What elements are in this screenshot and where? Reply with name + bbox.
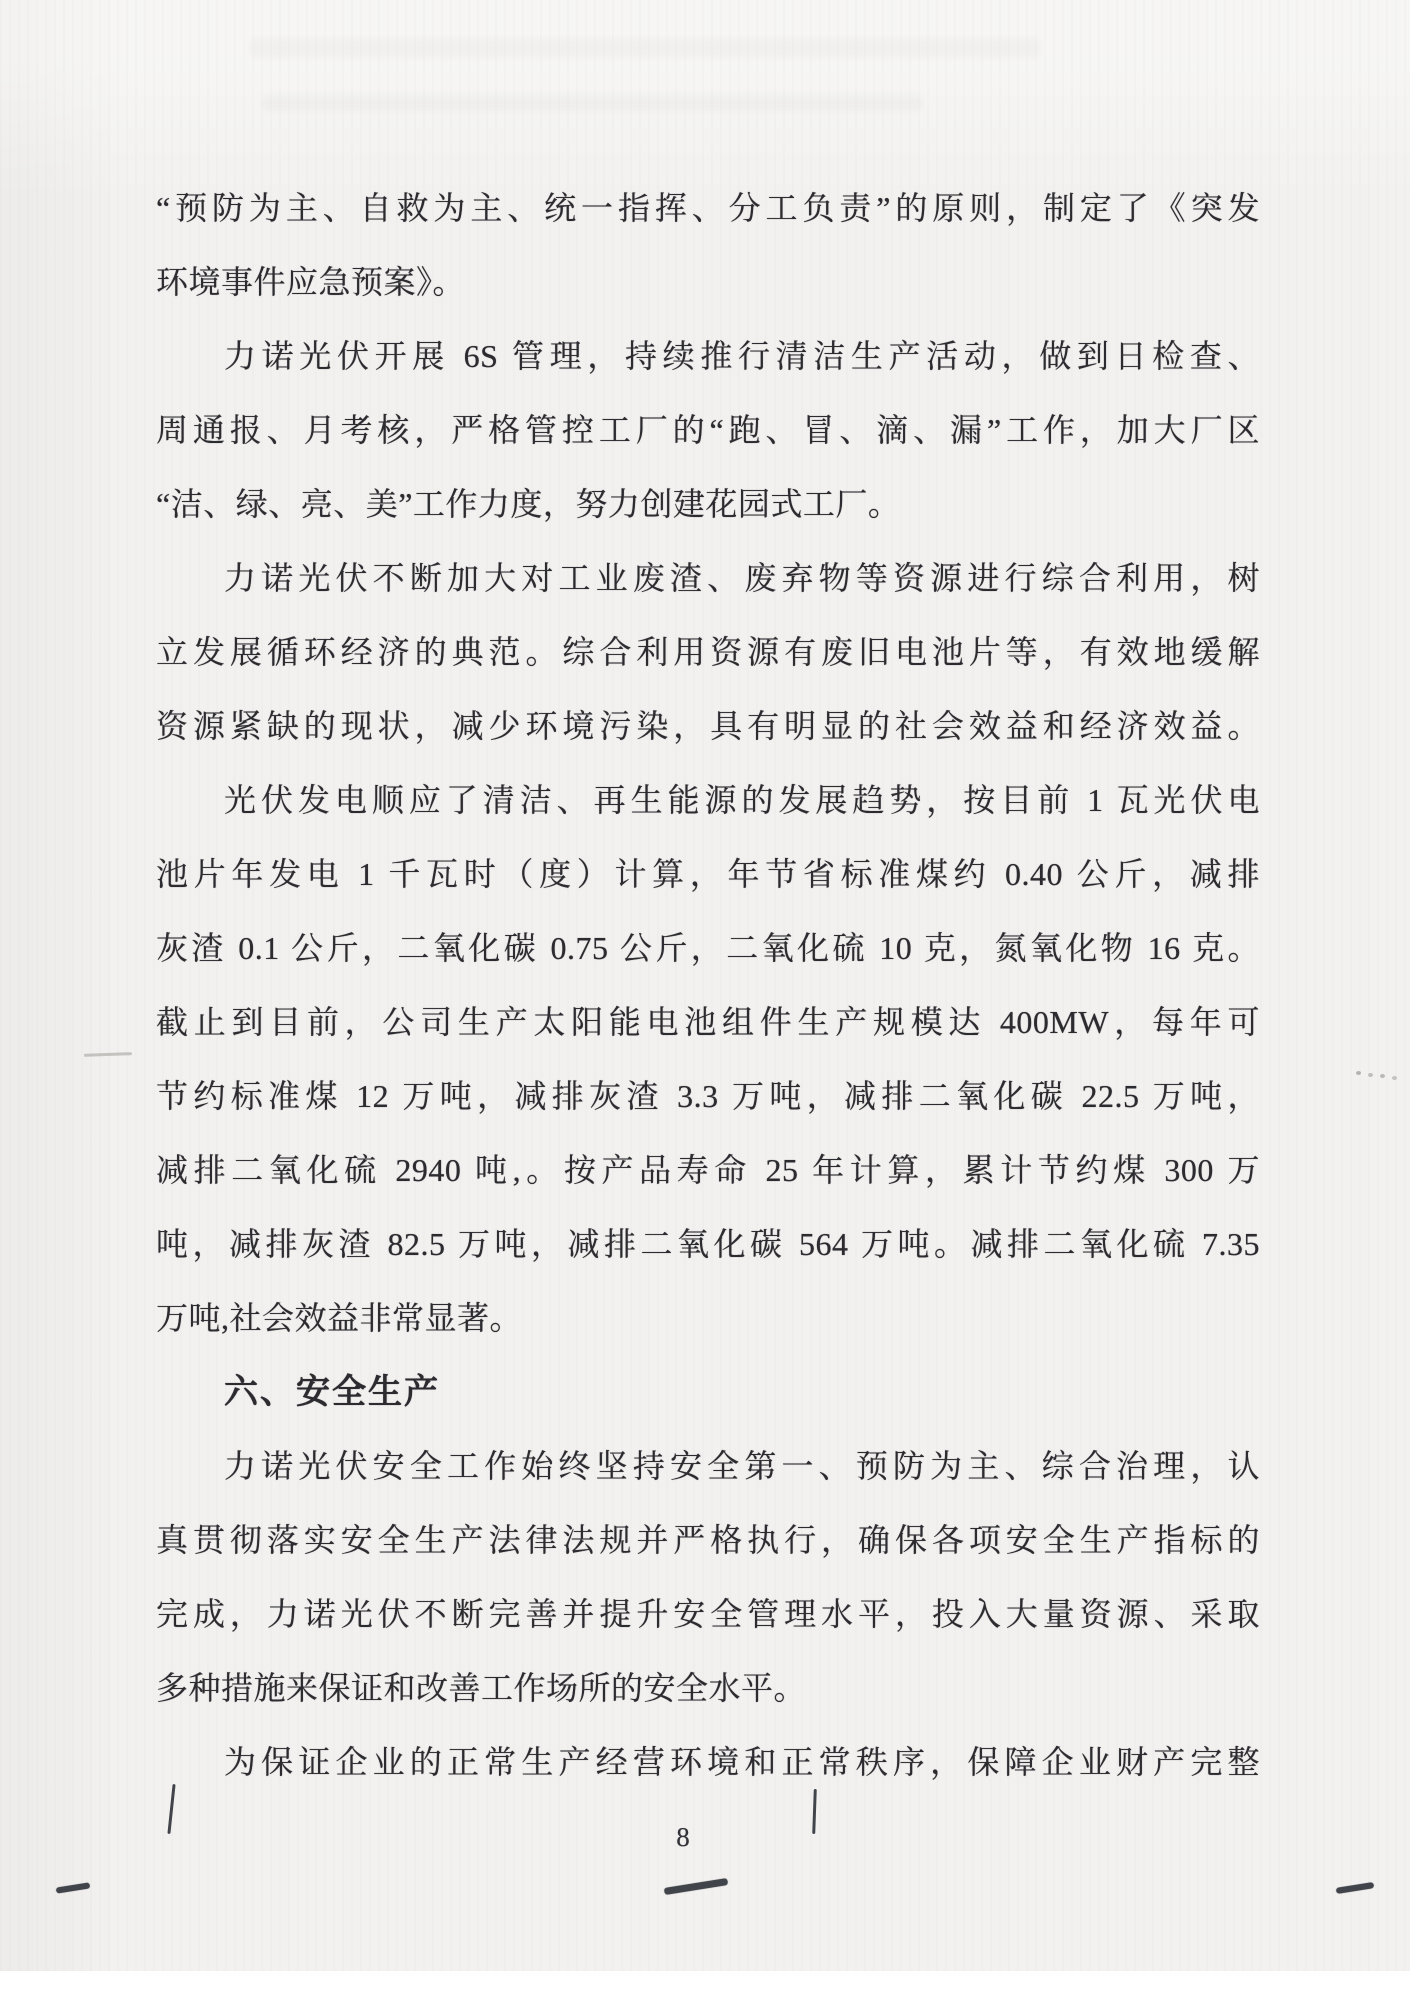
left-fold-mark bbox=[84, 1052, 132, 1057]
text-line: 节约标准煤 12 万吨，减排灰渣 3.3 万吨，减排二氧化碳 22.5 万吨， bbox=[156, 1074, 1260, 1118]
text-line: 池片年发电 1 千瓦时（度）计算，年节省标准煤约 0.40 公斤，减排 bbox=[156, 852, 1260, 896]
bleed-through-ghost bbox=[262, 95, 922, 111]
text-line: 多种措施来保证和改善工作场所的安全水平。 bbox=[156, 1666, 1260, 1710]
text-line: 灰渣 0.1 公斤，二氧化碳 0.75 公斤，二氧化硫 10 克，氮氧化物 16… bbox=[156, 926, 1260, 970]
page-number: 8 bbox=[0, 1822, 1388, 1853]
text-line: 力诺光伏安全工作始终坚持安全第一、预防为主、综合治理，认 bbox=[156, 1444, 1260, 1488]
text-line: “洁、绿、亮、美”工作力度，努力创建花园式工厂。 bbox=[156, 482, 1260, 526]
text-line: 光伏发电顺应了清洁、再生能源的发展趋势，按目前 1 瓦光伏电 bbox=[156, 778, 1260, 822]
bottom-left-pen-dash bbox=[56, 1882, 91, 1893]
text-line: 截止到目前，公司生产太阳能电池组件生产规模达 400MW，每年可 bbox=[156, 1000, 1260, 1044]
right-edge-dots bbox=[1356, 1071, 1361, 1075]
text-line: 力诺光伏开展 6S 管理，持续推行清洁生产活动，做到日检查、 bbox=[156, 334, 1260, 378]
text-line: 力诺光伏不断加大对工业废渣、废弃物等资源进行综合利用，树 bbox=[156, 556, 1260, 600]
bottom-center-pen-dash bbox=[664, 1878, 728, 1895]
scanner-bottom-margin bbox=[0, 1971, 1410, 1995]
section-heading: 六、安全生产 bbox=[156, 1370, 1260, 1414]
text-line: 资源紧缺的现状，减少环境污染，具有明显的社会效益和经济效益。 bbox=[156, 704, 1260, 748]
text-line: 万吨,社会效益非常显著。 bbox=[156, 1296, 1260, 1340]
text-line: 减排二氧化硫 2940 吨,。按产品寿命 25 年计算，累计节约煤 300 万 bbox=[156, 1148, 1260, 1192]
scanned-page: “预防为主、自救为主、统一指挥、分工负责”的原则，制定了《突发环境事件应急预案》… bbox=[0, 0, 1410, 1995]
text-line: 立发展循环经济的典范。综合利用资源有废旧电池片等，有效地缓解 bbox=[156, 630, 1260, 674]
text-line: 环境事件应急预案》。 bbox=[156, 260, 1260, 304]
text-line: 吨，减排灰渣 82.5 万吨，减排二氧化碳 564 万吨。减排二氧化硫 7.35 bbox=[156, 1222, 1260, 1266]
text-line: 真贯彻落实安全生产法律法规并严格执行，确保各项安全生产指标的 bbox=[156, 1518, 1260, 1562]
bottom-right-pen-dash bbox=[1336, 1882, 1374, 1894]
text-line: “预防为主、自救为主、统一指挥、分工负责”的原则，制定了《突发 bbox=[156, 186, 1260, 230]
bleed-through-ghost bbox=[250, 38, 1040, 58]
text-line: 周通报、月考核，严格管控工厂的“跑、冒、滴、漏”工作，加大厂区 bbox=[156, 408, 1260, 452]
text-line: 完成，力诺光伏不断完善并提升安全管理水平，投入大量资源、采取 bbox=[156, 1592, 1260, 1636]
text-line: 为保证企业的正常生产经营环境和正常秩序，保障企业财产完整 bbox=[156, 1740, 1260, 1784]
